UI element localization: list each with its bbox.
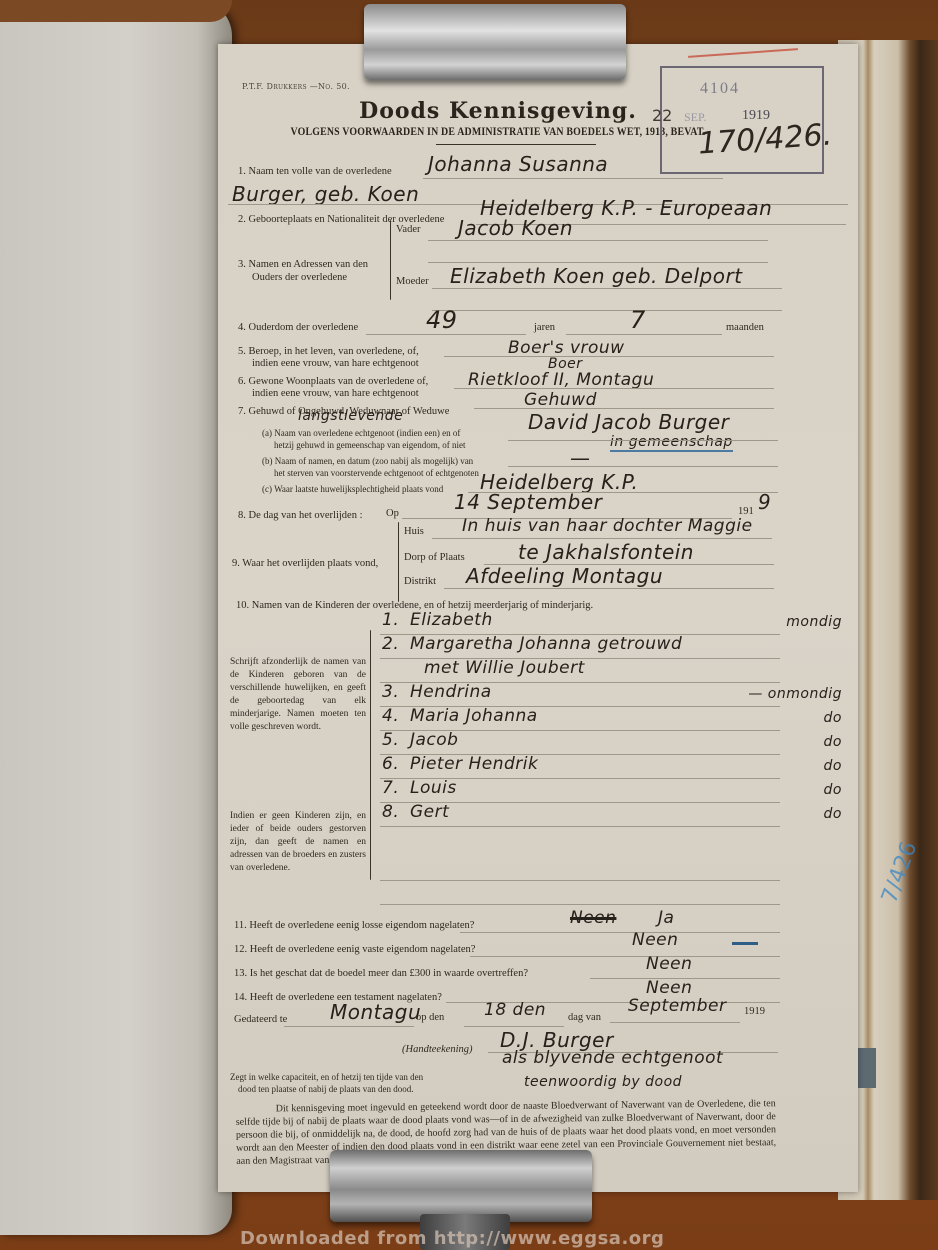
dated-day-line	[464, 1026, 564, 1027]
top-binder-clip	[364, 4, 626, 80]
q7a-label-1: (a) Naam van overledene echtgenoot (indi…	[262, 428, 460, 438]
q4-months-label: maanden	[726, 322, 764, 333]
child-name: Jacob	[410, 730, 458, 750]
capacity-label-1: Zegt in welke capaciteit, en of hetzij t…	[230, 1072, 423, 1082]
q10-brace	[370, 630, 371, 880]
q7a-value: David Jacob Burger	[528, 410, 729, 434]
vader-line	[428, 240, 768, 241]
q4-months: 7	[630, 306, 646, 334]
child-name: met Willie Joubert	[424, 658, 585, 678]
children-line-blank1	[380, 880, 780, 881]
child-status: — onmondig	[748, 686, 842, 702]
dated-month: September	[628, 996, 726, 1016]
child-status: do	[824, 758, 842, 774]
q11-struck-value: Neen	[570, 908, 616, 928]
q7a-label-2: hetzij gehuwd in gemeenschap van eigendo…	[274, 440, 465, 450]
q13-value: Neen	[646, 954, 692, 974]
q9-brace	[398, 522, 399, 602]
child-name: Pieter Hendrik	[410, 754, 538, 774]
q3-brace	[390, 220, 391, 300]
child-name: Louis	[410, 778, 457, 798]
dated-year: 1919	[744, 1006, 765, 1017]
q6-value: Rietkloof II, Montagu	[468, 370, 654, 390]
dated-dag-van: dag van	[568, 1012, 601, 1023]
children-line-blank2	[380, 904, 780, 905]
q3-label-1: 3. Namen en Adressen van den	[238, 259, 368, 270]
q5-line	[444, 356, 774, 357]
child-status: do	[824, 806, 842, 822]
q7a-value-2: in gemeenschap	[610, 434, 733, 452]
q4-line2	[566, 334, 722, 335]
q4-years: 49	[426, 306, 458, 334]
stamp-day: 22	[652, 106, 672, 125]
capacity-label-2: dood ten plaatse of nabij de plaats van …	[238, 1084, 413, 1094]
q12-blue-dash	[732, 942, 758, 945]
dorp-value: te Jakhalsfontein	[518, 540, 694, 564]
child-number: 1.	[382, 610, 399, 630]
q7c-label: (c) Waar laatste huwelijksplechtigheid p…	[262, 484, 443, 494]
q4-line1	[366, 334, 526, 335]
q12-label: 12. Heeft de overledene eenig vaste eige…	[234, 944, 475, 955]
q1-label: 1. Naam ten volle van de overledene	[238, 166, 392, 177]
child-name: Maria Johanna	[410, 706, 538, 726]
q11-label: 11. Heeft de overledene eenig losse eige…	[234, 920, 474, 931]
vader-value: Jacob Koen	[458, 216, 573, 240]
q8-label: 8. De dag van het overlijden :	[238, 510, 363, 521]
capacity-value-1: als blyvende echtgenoot	[502, 1048, 723, 1068]
q6-label-2: indien eene vrouw, van hare echtgenoot	[252, 388, 419, 399]
huis-line	[432, 538, 772, 539]
q7-line	[474, 408, 774, 409]
q9-label: 9. Waar het overlijden plaats vond,	[232, 558, 378, 569]
signature-label: (Handteekening)	[402, 1044, 473, 1055]
q1-value-line1: Johanna Susanna	[428, 152, 608, 176]
child-name: Gert	[410, 802, 449, 822]
q12-line	[470, 956, 780, 957]
dated-day: 18 den	[484, 1000, 546, 1020]
q14-value: Neen	[646, 978, 692, 998]
child-number: 4.	[382, 706, 399, 726]
stamp-number: 4104	[700, 80, 740, 98]
dated-place-line	[284, 1026, 414, 1027]
child-name: Margaretha Johanna getrouwd	[410, 634, 682, 654]
q1-line	[423, 178, 723, 179]
q7b-label-2: het sterven van voorstervende echtgenoot…	[274, 468, 479, 478]
huis-value: In huis van haar dochter Maggie	[462, 516, 753, 536]
dated-op-den: op den	[416, 1012, 444, 1023]
q5-value: Boer's vrouw	[508, 338, 625, 358]
q7b-line	[508, 466, 778, 467]
q8-year-handwritten: 9	[758, 490, 771, 514]
vader-label: Vader	[396, 224, 421, 235]
q12-value: Neen	[632, 930, 678, 950]
q10-instruction-no-children: Indien er geen Kinderen zijn, en ieder o…	[230, 810, 366, 875]
q7a-line	[508, 440, 778, 441]
q13-label: 13. Is het geschat dat de boedel meer da…	[234, 968, 528, 979]
binding-shadow	[0, 0, 232, 22]
printer-imprint: P.T.F. Drukkers —No. 50.	[242, 82, 350, 91]
distrikt-line	[444, 588, 774, 589]
capacity-value-2: teenwoordig by dood	[524, 1074, 682, 1090]
child-name: Hendrina	[410, 682, 492, 702]
dated-label: Gedateerd te	[234, 1014, 287, 1025]
bottom-binder-clip	[330, 1150, 592, 1222]
q7a-inserted-word: langstlevende	[298, 408, 403, 424]
source-watermark: Downloaded from http://www.eggsa.org	[240, 1228, 664, 1249]
child-status: do	[824, 710, 842, 726]
death-notice-form: P.T.F. Drukkers —No. 50. Doods Kennisgev…	[218, 44, 858, 1192]
child-number: 7.	[382, 778, 399, 798]
dated-place: Montagu	[330, 1000, 421, 1024]
q3-label-2: Ouders der overledene	[252, 272, 347, 283]
q6-line	[454, 388, 774, 389]
q8-value: 14 September	[454, 490, 602, 514]
child-line	[380, 826, 780, 827]
child-name: Elizabeth	[410, 610, 493, 630]
child-number: 3.	[382, 682, 399, 702]
q11-line	[460, 932, 780, 933]
moeder-label: Moeder	[396, 276, 429, 287]
q4-years-label: jaren	[534, 322, 555, 333]
q7b-label-1: (b) Naam of namen, en datum (zoo nabij a…	[262, 456, 473, 466]
q11-value: Ja	[658, 908, 674, 928]
child-status: mondig	[786, 614, 842, 630]
q5-label-2: indien eene vrouw, van hare echtgenoot	[252, 358, 419, 369]
q7-value: Gehuwd	[524, 390, 597, 410]
child-status: do	[824, 734, 842, 750]
red-pencil-mark	[688, 48, 798, 58]
moeder-line2	[432, 310, 782, 311]
left-blank-page	[0, 0, 232, 1235]
q10-instruction: Schrijft afzonderlijk de namen van de Ki…	[230, 656, 366, 734]
title-rule	[436, 144, 596, 145]
child-status: do	[824, 782, 842, 798]
moeder-value: Elizabeth Koen geb. Delport	[450, 264, 743, 288]
child-number: 5.	[382, 730, 399, 750]
stamp-month: SEP.	[684, 110, 706, 125]
q1-value-line2: Burger, geb. Koen	[232, 182, 419, 206]
moeder-line	[432, 288, 782, 289]
dorp-label: Dorp of Plaats	[404, 552, 465, 563]
huis-label: Huis	[404, 526, 424, 537]
q4-label: 4. Ouderdom der overledene	[238, 322, 358, 333]
q8-op: Op	[386, 508, 399, 519]
q6-label-1: 6. Gewone Woonplaats van de overledene o…	[238, 376, 428, 387]
child-number: 8.	[382, 802, 399, 822]
vader-line2	[428, 262, 768, 263]
dated-month-line	[610, 1022, 740, 1023]
child-number: 2.	[382, 634, 399, 654]
distrikt-value: Afdeeling Montagu	[466, 564, 663, 588]
distrikt-label: Distrikt	[404, 576, 436, 587]
q5-label-1: 5. Beroep, in het leven, van overledene,…	[238, 346, 419, 357]
child-number: 6.	[382, 754, 399, 774]
